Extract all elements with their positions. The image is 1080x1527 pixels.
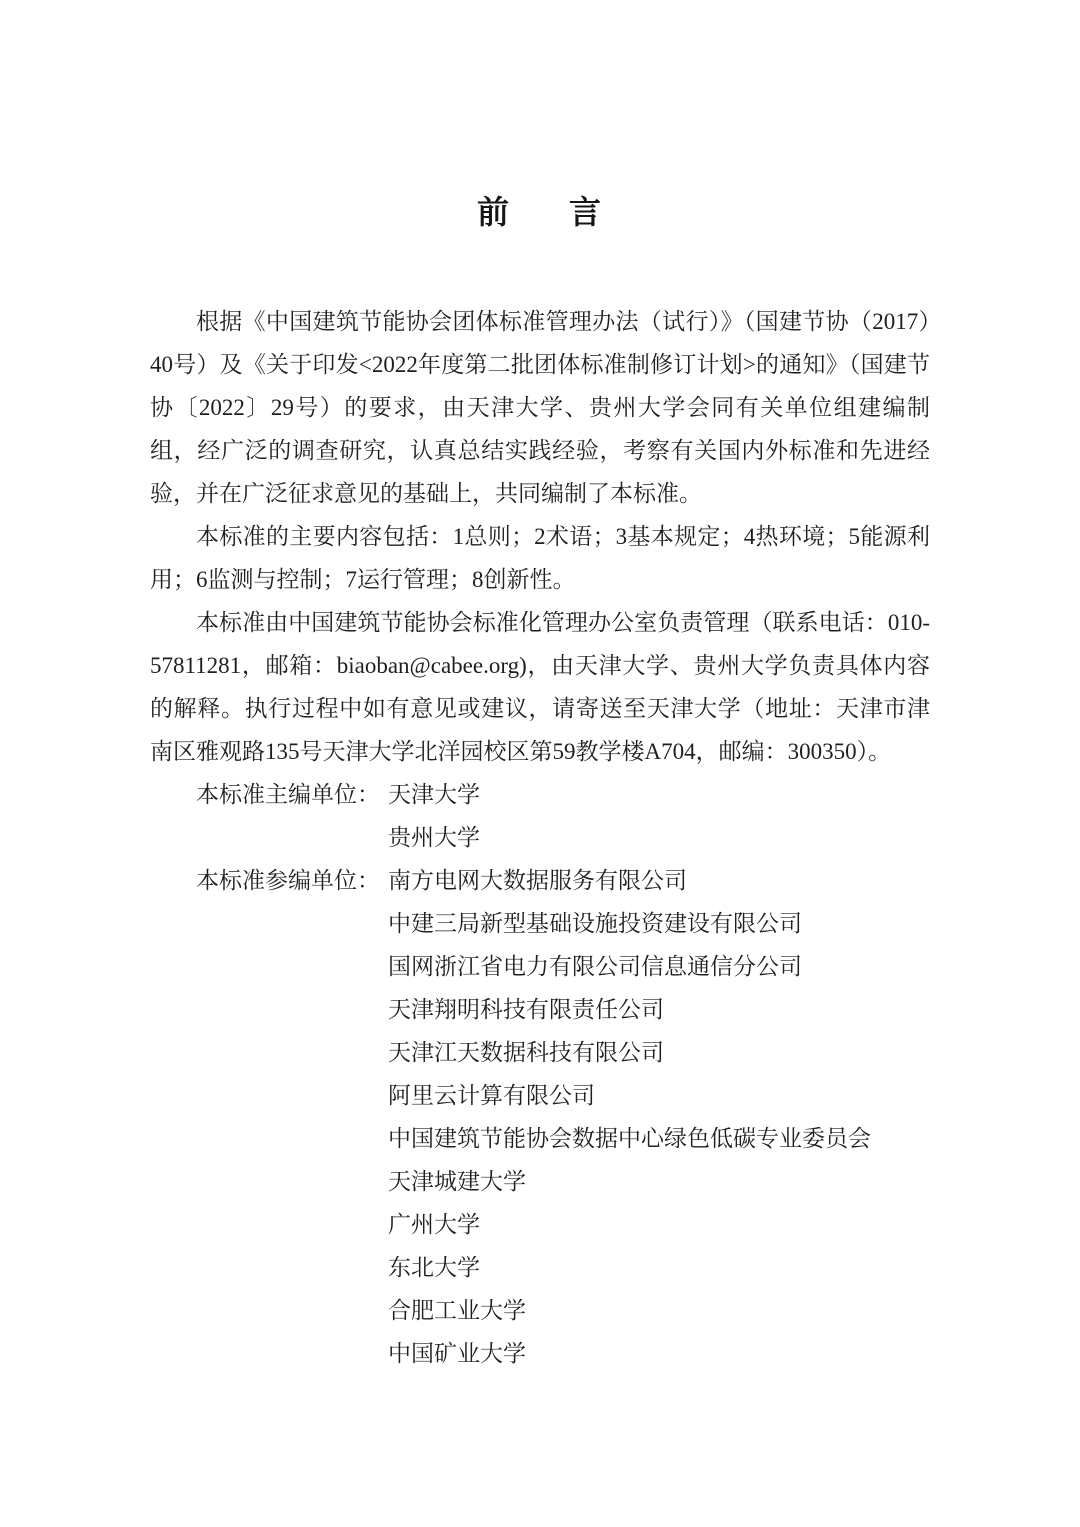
unit-item: 中国建筑节能协会数据中心绿色低碳专业委员会 xyxy=(388,1117,930,1160)
unit-item: 国网浙江省电力有限公司信息通信分公司 xyxy=(388,945,930,988)
unit-item: 东北大学 xyxy=(388,1246,930,1289)
unit-item: 天津大学 xyxy=(388,773,930,816)
participating-editor-row: 本标准参编单位： 南方电网大数据服务有限公司 中建三局新型基础设施投资建设有限公… xyxy=(150,859,930,1375)
unit-item: 天津城建大学 xyxy=(388,1160,930,1203)
management-paragraph: 本标准由中国建筑节能协会标准化管理办公室负责管理（联系电话：010-578112… xyxy=(150,601,930,773)
unit-item: 中建三局新型基础设施投资建设有限公司 xyxy=(388,902,930,945)
chief-editor-label: 本标准主编单位： xyxy=(196,773,380,816)
chief-editor-row: 本标准主编单位： 天津大学 贵州大学 xyxy=(150,773,930,859)
unit-item: 贵州大学 xyxy=(388,816,930,859)
document-body: 根据《中国建筑节能协会团体标准管理办法（试行）》（国建节协（2017）40号）及… xyxy=(150,300,930,1375)
unit-item: 天津江天数据科技有限公司 xyxy=(388,1031,930,1074)
unit-item: 阿里云计算有限公司 xyxy=(388,1074,930,1117)
chief-editor-units: 天津大学 贵州大学 xyxy=(388,773,930,859)
unit-item: 南方电网大数据服务有限公司 xyxy=(388,859,930,902)
document-page: 前 言 根据《中国建筑节能协会团体标准管理办法（试行）》（国建节协（2017）4… xyxy=(0,0,1080,1527)
unit-item: 广州大学 xyxy=(388,1203,930,1246)
participating-editor-units: 南方电网大数据服务有限公司 中建三局新型基础设施投资建设有限公司 国网浙江省电力… xyxy=(388,859,930,1375)
unit-item: 中国矿业大学 xyxy=(388,1332,930,1375)
contents-paragraph: 本标准的主要内容包括：1总则；2术语；3基本规定；4热环境；5能源利用；6监测与… xyxy=(150,515,930,601)
unit-item: 天津翔明科技有限责任公司 xyxy=(388,988,930,1031)
participating-editor-label: 本标准参编单位： xyxy=(196,859,380,902)
unit-item: 合肥工业大学 xyxy=(388,1289,930,1332)
page-title: 前 言 xyxy=(0,0,1080,234)
intro-paragraph: 根据《中国建筑节能协会团体标准管理办法（试行）》（国建节协（2017）40号）及… xyxy=(150,300,930,515)
